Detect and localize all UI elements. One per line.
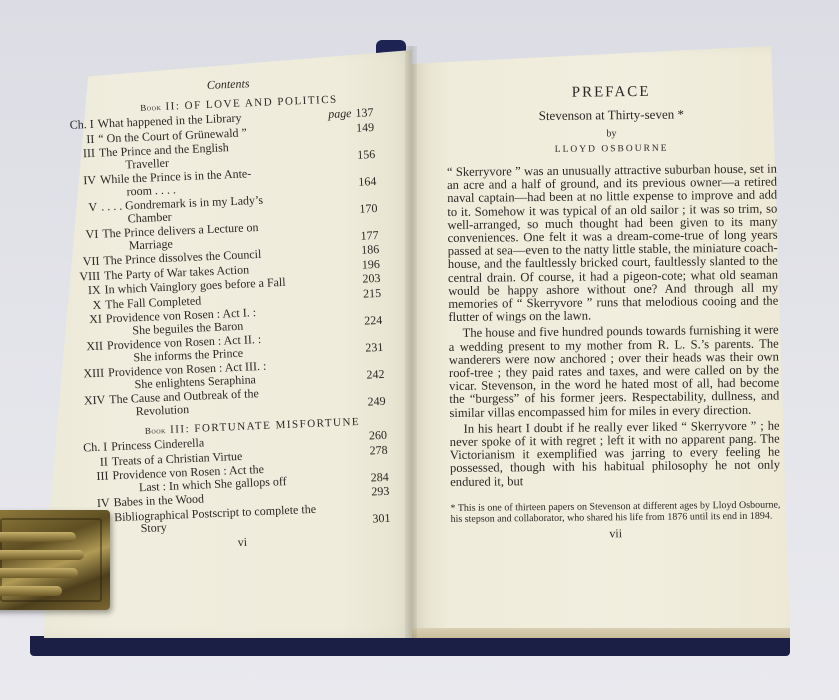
finger-shape (0, 532, 76, 542)
chapter-number: Ch. I (79, 441, 107, 455)
brass-hand-bookmark-icon (0, 510, 110, 610)
page-number: 196 (362, 256, 381, 271)
preface-author: LLOYD OSBOURNE (447, 143, 777, 156)
page-number: 293 (371, 484, 390, 499)
book-cover-bottom (30, 636, 790, 656)
page-number: 278 (369, 442, 388, 457)
page-number: 260 (369, 428, 388, 443)
chapter-number: II (80, 455, 108, 469)
chapter-number: Ch. I (65, 118, 93, 132)
book-gutter (405, 46, 417, 638)
chapter-number: IX (72, 284, 100, 298)
page-number: 186 (361, 242, 380, 257)
paragraph: “ Skerryvore ” was an unusually attracti… (447, 163, 779, 325)
chapter-number: XI (74, 313, 102, 327)
page-number: 249 (367, 393, 386, 408)
contents-page: Contents Book II: OF LOVE AND POLITICS C… (64, 71, 392, 556)
page-number: 224 (364, 312, 383, 327)
finger-shape (0, 586, 62, 596)
finger-shape (0, 568, 78, 578)
page-number: 231 (365, 339, 384, 354)
page-number: 164 (358, 174, 377, 189)
page-number: 215 (363, 285, 382, 300)
preface-title: PREFACE (446, 83, 776, 103)
book-2-entries: Ch. IWhat happened in the Librarypage137… (65, 106, 385, 420)
photo-scene: Contents Book II: OF LOVE AND POLITICS C… (0, 0, 839, 700)
page-number: 149 (356, 120, 375, 135)
book-label: Book (140, 102, 161, 113)
chapter-number: III (67, 147, 95, 161)
finger-shape (0, 550, 84, 560)
chapter-number: III (80, 469, 108, 483)
page-number: 137 (355, 105, 374, 120)
page-number: 177 (360, 227, 379, 242)
chapter-number: II (66, 132, 94, 146)
page-number: 242 (366, 366, 385, 381)
page-number: 203 (362, 271, 381, 286)
preface-subtitle: Stevenson at Thirty-seven * (446, 106, 776, 125)
chapter-number: IV (68, 174, 96, 188)
chapter-number: VII (71, 255, 99, 269)
page-label: page (328, 106, 352, 121)
chapter-number: X (73, 298, 101, 312)
chapter-number: VIII (72, 269, 100, 283)
chapter-number: IV (81, 496, 109, 510)
chapter-number: V (69, 201, 97, 215)
footnote: * This is one of thirteen papers on Stev… (450, 499, 780, 525)
page-number: 284 (370, 469, 389, 484)
book-label: Book (145, 425, 166, 436)
chapter-number: XIII (76, 367, 104, 381)
page-number: 170 (359, 200, 378, 215)
book-3-entries: Ch. IPrincess Cinderella260IITreats of a… (79, 429, 391, 537)
page-number: 156 (357, 147, 376, 162)
paragraph: In his heart I doubt if he really ever l… (450, 419, 781, 488)
chapter-number: XII (75, 340, 103, 354)
preface-by: by (446, 127, 776, 141)
page-block-edge (412, 628, 790, 638)
paragraph: The house and five hundred pounds toward… (449, 324, 780, 420)
chapter-number: VI (70, 228, 98, 242)
preface-page: PREFACE Stevenson at Thirty-seven * by L… (446, 83, 781, 543)
page-number: 301 (372, 511, 391, 526)
chapter-number: XIV (77, 394, 105, 408)
